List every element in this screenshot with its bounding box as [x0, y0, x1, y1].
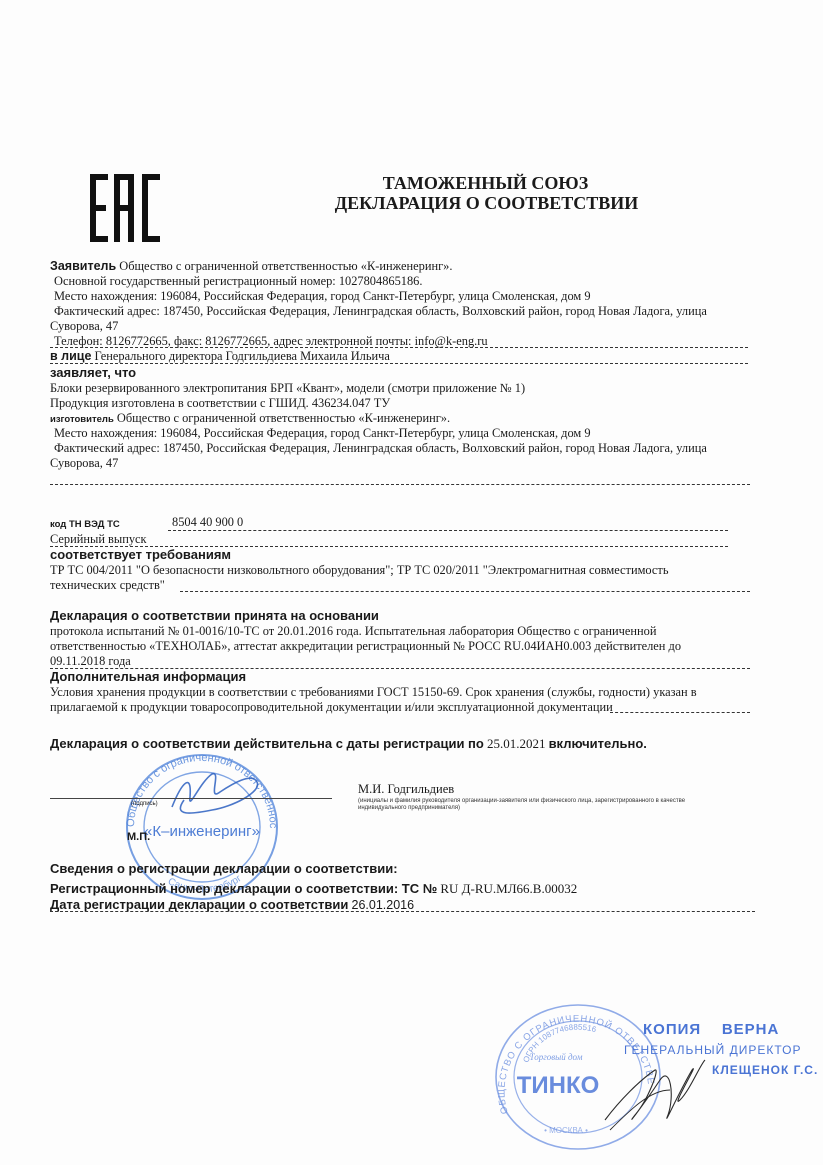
- validity-row: Декларация о соответствии действительна …: [50, 736, 647, 752]
- title-declaration: ДЕКЛАРАЦИЯ О СООТВЕТСТВИИ: [0, 193, 823, 214]
- registration-number: RU Д-RU.МЛ66.В.00032: [440, 881, 577, 896]
- manufacturer-name: Общество с ограниченной ответственностью…: [117, 411, 450, 425]
- customs-code-label: код ТН ВЭД ТС: [50, 519, 120, 530]
- represented-by: Генерального директора Годгильдиева Миха…: [95, 349, 390, 363]
- svg-text:ТИНКО: ТИНКО: [517, 1072, 600, 1099]
- produced-per: Продукция изготовлена в соответствии с Г…: [50, 396, 390, 411]
- manufacturer-actual-address-cont: Суворова, 47: [50, 456, 118, 471]
- customs-code-row: код ТН ВЭД ТС: [50, 516, 120, 532]
- registration-number-row: Регистрационный номер декларации о соотв…: [50, 881, 577, 897]
- signer-caption: (инициалы и фамилия руководителя организ…: [358, 798, 758, 812]
- basis-label: Декларация о соответствии принята на осн…: [50, 608, 379, 624]
- requirements-text: ТР ТС 004/2011 "О безопасности низковоль…: [50, 563, 669, 578]
- company-stamp-icon: Общество с ограниченной ответственностью…: [112, 752, 292, 902]
- basis-text: протокола испытаний № 01-0016/10-ТС от 2…: [50, 624, 656, 639]
- divider: [610, 712, 750, 713]
- basis-text-3: 09.11.2018 года: [50, 654, 131, 669]
- registration-date: 26.01.2016: [352, 898, 415, 912]
- applicant-actual-address: Фактический адрес: 187450, Российская Фе…: [54, 304, 707, 319]
- svg-text:• МОСКВА •: • МОСКВА •: [544, 1126, 588, 1135]
- seal-label: М.П.: [127, 831, 150, 843]
- manufacturer-actual-address: Фактический адрес: 187450, Российская Фе…: [54, 441, 707, 456]
- divider: [50, 911, 755, 912]
- validity-date: 25.01.2021: [487, 736, 546, 751]
- applicant-location: Место нахождения: 196084, Российская Фед…: [54, 289, 591, 304]
- manufacturer-location: Место нахождения: 196084, Российская Фед…: [54, 426, 591, 441]
- registration-title: Сведения о регистрации декларации о соот…: [50, 861, 398, 877]
- title-customs-union: ТАМОЖЕННЫЙ СОЮЗ: [0, 173, 823, 194]
- represented-row: в лице Генерального директора Годгильдие…: [50, 349, 390, 364]
- divider: [180, 591, 750, 592]
- additional-text: Условия хранения продукции в соответстви…: [50, 685, 697, 700]
- copy-stamp-line1: КОПИЯ ВЕРНА: [643, 1021, 779, 1038]
- applicant-name: Общество с ограниченной ответственностью…: [119, 259, 452, 273]
- manufacturer-label: изготовитель: [50, 414, 114, 425]
- divider: [50, 363, 748, 364]
- requirements-label: соответствует требованиям: [50, 547, 231, 563]
- copy-signature-icon: [600, 1040, 710, 1140]
- additional-text-2: прилагаемой к продукции товаросопроводит…: [50, 700, 613, 715]
- signer-name: М.И. Годгильдиев: [358, 782, 454, 797]
- declares-label: заявляет, что: [50, 365, 136, 381]
- applicant-ogrn: Основной государственный регистрационный…: [54, 274, 422, 289]
- copy-stamp-line3: КЛЕЩЕНОК Г.С.: [712, 1063, 818, 1077]
- manufacturer-row: изготовитель Общество с ограниченной отв…: [50, 411, 450, 427]
- applicant-actual-address-cont: Суворова, 47: [50, 319, 118, 334]
- product-description: Блоки резервированного электропитания БР…: [50, 381, 525, 396]
- signature-line: [50, 798, 332, 799]
- additional-label: Дополнительная информация: [50, 669, 246, 685]
- represented-label: в лице: [50, 349, 91, 363]
- requirements-text-cont: технических средств": [50, 578, 165, 593]
- release-type: Серийный выпуск: [50, 532, 147, 547]
- svg-text:Торговый дом: Торговый дом: [530, 1052, 583, 1062]
- applicant-row: Заявитель Общество с ограниченной ответс…: [50, 259, 452, 274]
- applicant-label: Заявитель: [50, 259, 116, 273]
- basis-text-2: ответственностью «ТЕХНОЛАБ», аттестат ак…: [50, 639, 681, 654]
- divider: [50, 484, 750, 485]
- divider: [168, 530, 728, 531]
- signature-caption: (подпись): [131, 801, 158, 807]
- customs-code-value: 8504 40 900 0: [172, 515, 243, 530]
- svg-text:«К–инженеринг»: «К–инженеринг»: [144, 823, 260, 840]
- divider: [50, 347, 748, 348]
